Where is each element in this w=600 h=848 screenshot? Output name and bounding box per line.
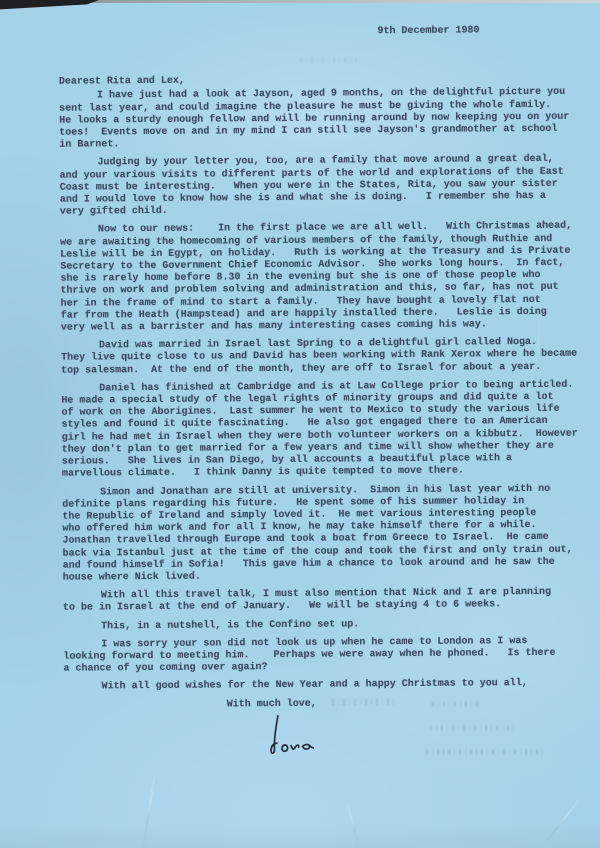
paragraph-10: With all good wishes for the New Year an… xyxy=(64,678,595,694)
paper-crease xyxy=(141,768,156,848)
paragraph-8: This, in a nutshell, is the Confino set … xyxy=(63,617,594,633)
letter-body: 9th December 1980 Dearest Rita and Lex, … xyxy=(58,24,594,713)
paragraph-7: With all this travel talk, I must also m… xyxy=(63,587,594,616)
bleedthrough-marks xyxy=(426,749,546,755)
paragraph-4: David was married in Israel last Spring … xyxy=(61,337,592,378)
letter-date: 9th December 1980 xyxy=(377,24,589,38)
scan-corner-artifact xyxy=(0,0,99,11)
bleedthrough-marks xyxy=(332,699,394,705)
paragraph-1: I have just had a look at Jayson, aged 9… xyxy=(59,87,590,152)
bleedthrough-marks xyxy=(430,725,516,731)
paper-crease xyxy=(539,795,584,848)
bleedthrough-marks xyxy=(300,57,358,63)
paper-crease xyxy=(345,796,361,848)
scanned-letter-page: 9th December 1980 Dearest Rita and Lex, … xyxy=(0,0,600,848)
paragraph-6: Simon and Jonathan are still at universi… xyxy=(62,483,594,585)
bleedthrough-marks xyxy=(432,701,478,707)
paragraph-2: Judging by your letter you, too, are a f… xyxy=(59,154,590,219)
paragraph-3: Now to our news: In the first place we a… xyxy=(60,221,592,335)
paragraph-9: I was sorry your son did not look us up … xyxy=(63,635,594,676)
paragraph-5: Daniel has finished at Cambridge and is … xyxy=(61,379,593,481)
handwritten-signature xyxy=(257,706,332,766)
